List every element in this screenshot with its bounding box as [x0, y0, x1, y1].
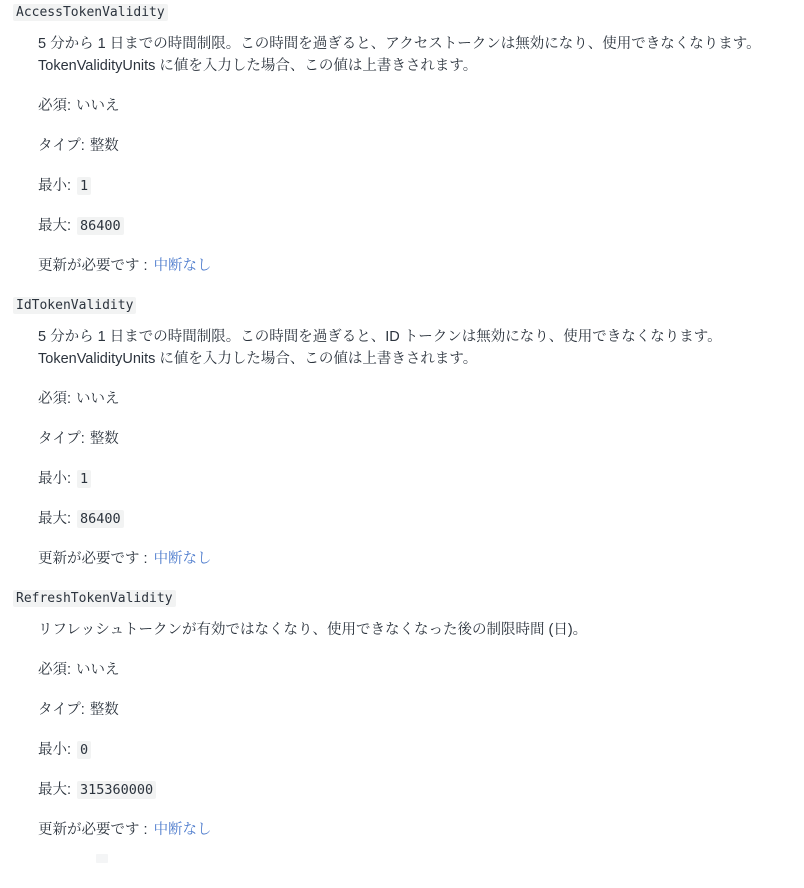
field-value: 整数	[90, 138, 119, 154]
field-value: いいえ	[76, 98, 120, 114]
field-value: いいえ	[76, 662, 120, 678]
update-requires-link[interactable]: 中断なし	[154, 822, 212, 838]
field-label: 必須:	[38, 662, 71, 678]
field-row: 更新が必要です :中断なし	[38, 256, 794, 277]
property-name-code: AccessTokenValidity	[13, 4, 168, 21]
property-header: AccessTokenValidity	[13, 3, 800, 22]
property-body: リフレッシュトークンが有効ではなくなり、使用できなくなった後の制限時間 (日)。…	[38, 619, 794, 841]
field-value-code: 1	[77, 177, 91, 195]
property-section: AccessTokenValidity 5 分から 1 日までの時間制限。この時…	[0, 3, 800, 277]
field-row: 必須:いいえ	[38, 389, 794, 410]
property-body: 5 分から 1 日までの時間制限。この時間を過ぎると、ID トークンは無効になり…	[38, 326, 794, 570]
property-description: リフレッシュトークンが有効ではなくなり、使用できなくなった後の制限時間 (日)。	[38, 619, 794, 641]
field-row: 最小:1	[38, 469, 794, 490]
field-label: 必須:	[38, 98, 71, 114]
property-header: RefreshTokenValidity	[13, 570, 800, 608]
property-section: RefreshTokenValidity リフレッシュトークンが有効ではなくなり…	[0, 570, 800, 841]
field-value-code: 315360000	[77, 781, 156, 799]
property-fields: 必須:いいえ タイプ:整数 最小:1 最大:86400 更新が必要です :中断な…	[38, 96, 794, 277]
field-value-code: 1	[77, 470, 91, 488]
field-row: 最小:1	[38, 176, 794, 197]
field-label: 更新が必要です :	[38, 822, 148, 838]
field-label: 最小:	[38, 742, 71, 758]
field-value-code: 0	[77, 741, 91, 759]
field-row: 最大:86400	[38, 509, 794, 530]
field-row: タイプ:整数	[38, 700, 794, 721]
field-label: 最大:	[38, 782, 71, 798]
field-label: タイプ:	[38, 702, 85, 718]
field-row: 最大:86400	[38, 216, 794, 237]
field-label: 最小:	[38, 471, 71, 487]
field-row: 最大:315360000	[38, 780, 794, 801]
field-row: 必須:いいえ	[38, 96, 794, 117]
field-row: 必須:いいえ	[38, 660, 794, 681]
property-body: 5 分から 1 日までの時間制限。この時間を過ぎると、アクセストークンは無効にな…	[38, 33, 794, 277]
field-row: タイプ:整数	[38, 136, 794, 157]
field-label: 必須:	[38, 391, 71, 407]
property-fields: 必須:いいえ タイプ:整数 最小:1 最大:86400 更新が必要です :中断な…	[38, 389, 794, 570]
field-label: 更新が必要です :	[38, 551, 148, 567]
property-description: 5 分から 1 日までの時間制限。この時間を過ぎると、ID トークンは無効になり…	[38, 326, 794, 370]
field-row: タイプ:整数	[38, 429, 794, 450]
property-name-code: RefreshTokenValidity	[13, 590, 176, 607]
property-section: IdTokenValidity 5 分から 1 日までの時間制限。この時間を過ぎ…	[0, 277, 800, 570]
field-value-code: 86400	[77, 510, 124, 528]
field-value: 整数	[90, 431, 119, 447]
field-row: 更新が必要です :中断なし	[38, 820, 794, 841]
field-label: 最大:	[38, 511, 71, 527]
property-header: IdTokenValidity	[13, 277, 800, 315]
update-requires-link[interactable]: 中断なし	[154, 258, 212, 274]
update-requires-link[interactable]: 中断なし	[154, 551, 212, 567]
field-label: 更新が必要です :	[38, 258, 148, 274]
field-row: 更新が必要です :中断なし	[38, 549, 794, 570]
field-value: 整数	[90, 702, 119, 718]
cutoff-code-fragment	[96, 854, 108, 863]
field-label: 最大:	[38, 218, 71, 234]
field-label: タイプ:	[38, 138, 85, 154]
field-label: タイプ:	[38, 431, 85, 447]
property-description: 5 分から 1 日までの時間制限。この時間を過ぎると、アクセストークンは無効にな…	[38, 33, 794, 77]
documentation-property-list: AccessTokenValidity 5 分から 1 日までの時間制限。この時…	[0, 0, 804, 841]
field-value: いいえ	[76, 391, 120, 407]
field-row: 最小:0	[38, 740, 794, 761]
field-label: 最小:	[38, 178, 71, 194]
field-value-code: 86400	[77, 217, 124, 235]
property-fields: 必須:いいえ タイプ:整数 最小:0 最大:315360000 更新が必要です …	[38, 660, 794, 841]
property-name-code: IdTokenValidity	[13, 297, 136, 314]
